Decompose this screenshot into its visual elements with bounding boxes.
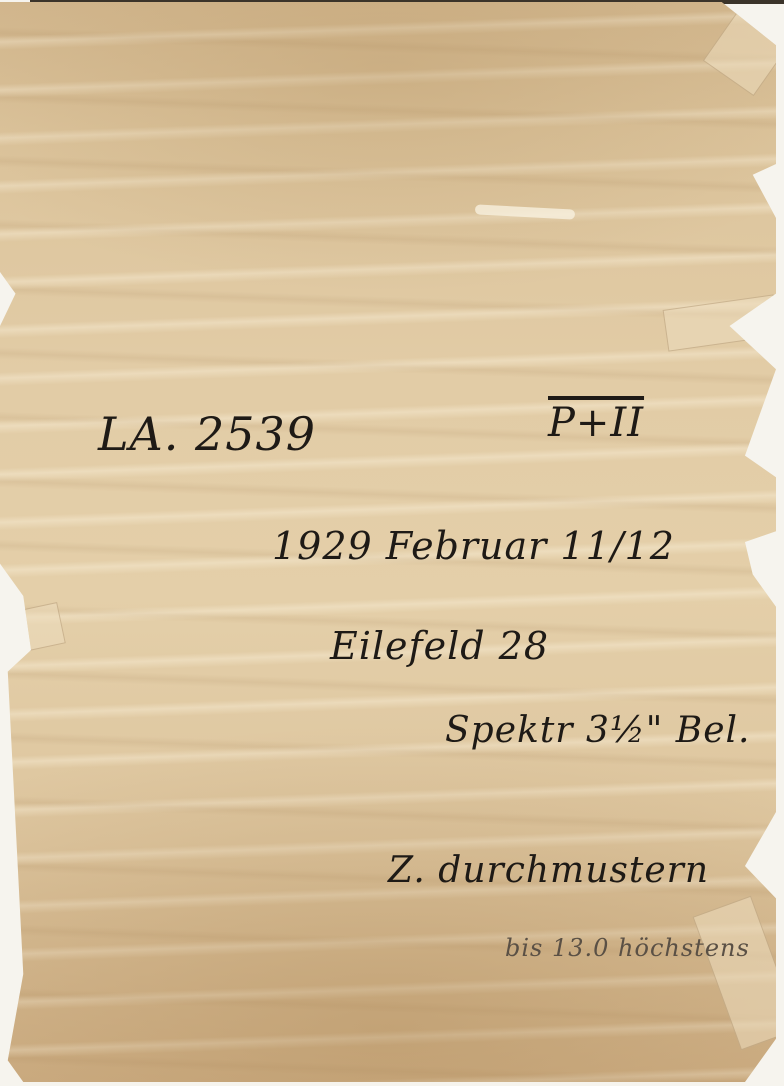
spectrum-line: Spektr 3½" Bel. bbox=[445, 710, 750, 751]
note-line: bis 13.0 höchstens bbox=[505, 934, 750, 962]
paper-sleeve: LA. 2539 P+II 1929 Februar 11/12 Eilefel… bbox=[0, 2, 776, 1082]
folded-tab-left bbox=[6, 602, 66, 654]
folded-tab-right bbox=[663, 294, 780, 351]
date-line: 1929 Februar 11/12 bbox=[272, 524, 675, 568]
purpose-line: Z. durchmustern bbox=[388, 850, 709, 891]
scanned-document: LA. 2539 P+II 1929 Februar 11/12 Eilefel… bbox=[0, 0, 784, 1086]
catalog-number: LA. 2539 bbox=[98, 407, 316, 461]
paper-glint bbox=[475, 204, 575, 219]
folded-corner-top-right bbox=[703, 10, 784, 96]
plate-mark: P+II bbox=[548, 400, 644, 446]
location-line: Eilefeld 28 bbox=[330, 624, 549, 668]
folded-corner-bottom-right bbox=[693, 896, 784, 1051]
